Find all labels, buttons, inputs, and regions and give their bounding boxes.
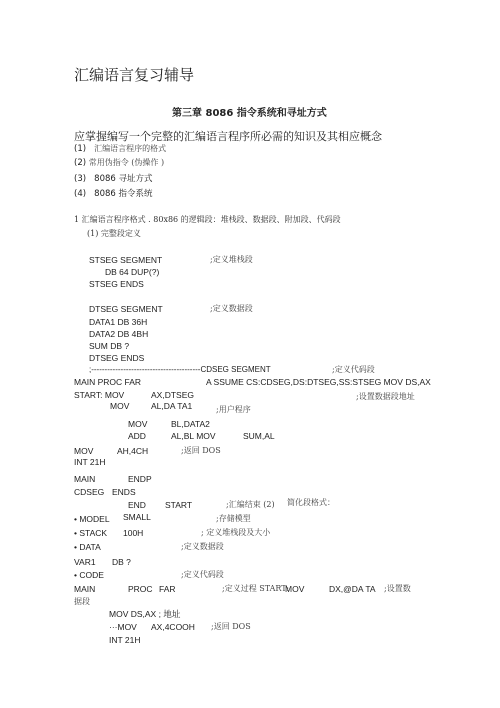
- doc-title: 汇编语言复习辅导: [74, 66, 194, 84]
- code-comment: ;汇编结束 (2): [226, 500, 275, 510]
- outline-item: (1) 汇编语言程序的格式: [74, 144, 166, 154]
- code-line: SUM,AL: [243, 431, 275, 441]
- outline-item: (4) 8086 指令系统: [74, 189, 153, 199]
- code-line: • DATA: [74, 542, 101, 552]
- code-comment: ;设置数据段地址: [356, 392, 415, 402]
- code-line: AH,4CH: [117, 446, 148, 456]
- code-comment: ;定义过程 START:: [222, 584, 289, 594]
- code-line: DATA1 DB 36H: [89, 317, 147, 327]
- code-comment: 据段: [74, 597, 90, 607]
- code-comment: ;定义数据段: [181, 542, 224, 552]
- code-comment: ;定义代码段: [332, 365, 375, 375]
- code-comment: ;返回 DOS: [181, 446, 221, 456]
- code-line: MOV: [74, 446, 93, 456]
- code-line: INT 21H: [109, 635, 141, 645]
- code-line: MOV: [110, 401, 129, 411]
- code-comment: ;用户程序: [216, 405, 251, 415]
- section-heading: 应掌握编写一个完整的汇编语言程序所必需的知识及其相应概念: [74, 130, 382, 143]
- code-line: ;---------------------------------------…: [89, 365, 271, 375]
- code-comment: ;定义堆栈段: [210, 255, 253, 265]
- code-line: SUM DB ?: [89, 341, 129, 351]
- code-comment: ;定义数据段: [210, 304, 253, 314]
- code-line: END: [128, 500, 146, 510]
- code-line: AX,DTSEG: [151, 390, 194, 400]
- code-line: DB ?: [112, 557, 131, 567]
- code-line: MOV: [285, 584, 304, 594]
- code-line: DB 64 DUP(?): [105, 267, 159, 277]
- code-comment: ;定义代码段: [181, 570, 224, 580]
- code-line: CDSEG: [74, 487, 104, 497]
- code-line: VAR1: [74, 557, 96, 567]
- code-line: PROC: [128, 584, 153, 594]
- subheading-simplified-segment: 简化段格式：: [287, 498, 335, 508]
- chapter-title: 第三章 8086 指令系统和寻址方式: [172, 108, 327, 120]
- code-line: • STACK: [74, 528, 107, 538]
- code-line: STSEG ENDS: [89, 279, 144, 289]
- code-line: MAIN: [74, 474, 95, 484]
- code-comment: ;返回 DOS: [211, 622, 251, 632]
- code-line: MAIN: [74, 584, 95, 594]
- code-comment: ;存储模型: [216, 514, 251, 524]
- code-line: SMALL: [123, 512, 151, 522]
- code-line: AL,DA TA1: [151, 401, 192, 411]
- para-logical-segments: 1 汇编语言程序格式 . 80x86 的逻辑段：堆栈段、数据段、附加段、代码段: [74, 215, 341, 225]
- code-line: ···MOV: [109, 622, 137, 632]
- code-line: START: MOV: [74, 390, 124, 400]
- code-line: 100H: [123, 528, 143, 538]
- code-line: • MODEL: [74, 514, 110, 524]
- code-line: ENDS: [112, 487, 136, 497]
- code-line: BL,DATA2: [171, 419, 210, 429]
- outline-item: (3) 8086 寻址方式: [74, 174, 153, 184]
- code-line: AX,4COOH: [151, 622, 195, 632]
- code-comment: ;设置数: [384, 584, 411, 594]
- code-line: MAIN PROC FAR: [74, 377, 141, 387]
- subheading-full-segment: (1) 完整段定义: [87, 229, 141, 239]
- code-line: MOV DS,AX ; 地址: [109, 609, 180, 619]
- code-line: START: [165, 500, 192, 510]
- code-line: • CODE: [74, 570, 104, 580]
- code-line: INT 21H: [74, 457, 106, 467]
- code-line: DTSEG ENDS: [89, 353, 144, 363]
- outline-item: (2) 常用伪指令 (伪操作 ): [74, 158, 164, 168]
- code-comment: ; 定义堆栈段及大小: [201, 528, 270, 538]
- code-line: AL,BL MOV: [171, 431, 216, 441]
- code-line: DTSEG SEGMENT: [89, 304, 163, 314]
- code-line: DATA2 DB 4BH: [89, 329, 148, 339]
- code-line: ENDP: [128, 474, 152, 484]
- code-line: ADD: [128, 431, 146, 441]
- code-line: FAR: [159, 584, 176, 594]
- code-line: A SSUME CS:CDSEG,DS:DTSEG,SS:STSEG MOV D…: [206, 377, 431, 387]
- code-line: STSEG SEGMENT: [89, 255, 162, 265]
- code-line: DX,@DA TA: [329, 584, 376, 594]
- code-line: MOV: [128, 419, 147, 429]
